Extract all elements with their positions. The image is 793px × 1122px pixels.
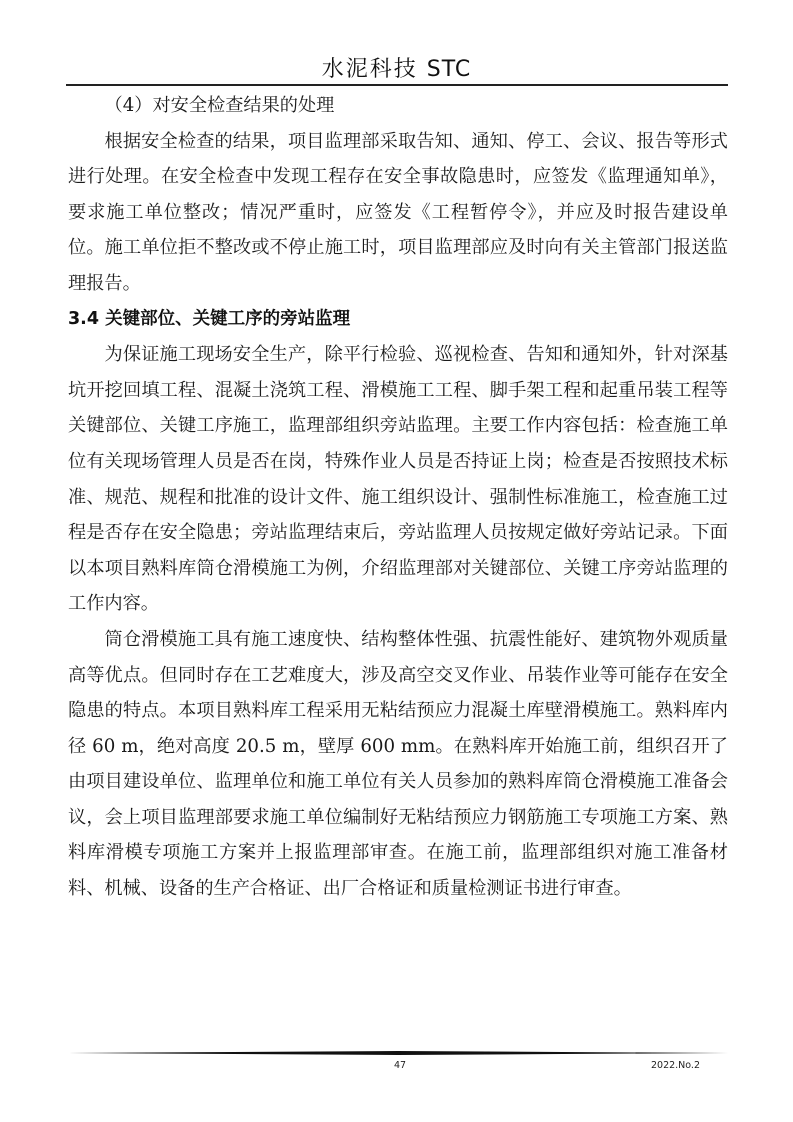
header-divider	[66, 84, 728, 86]
paragraph-safety-inspection-handling: 根据安全检查的结果，项目监理部采取告知、通知、停工、会议、报告等形式进行处理。在…	[68, 124, 728, 302]
article-body: （4）对安全检查结果的处理 根据安全检查的结果，项目监理部采取告知、通知、停工、…	[68, 88, 728, 907]
paragraph-silo-slipform: 筒仓滑模施工具有施工速度快、结构整体性强、抗震性能好、建筑物外观质量高等优点。但…	[68, 622, 728, 907]
issue-label: 2022.No.2	[620, 1060, 700, 1071]
section-heading: 3.4 关键部位、关键工序的旁站监理	[68, 302, 728, 338]
paragraph-side-station-supervision: 为保证施工现场安全生产，除平行检验、巡视检查、告知和通知外，针对深基坑开挖回填工…	[68, 337, 728, 622]
subsection-title: （4）对安全检查结果的处理	[68, 88, 728, 124]
journal-title-en: STC	[427, 57, 471, 82]
page-number: 47	[385, 1060, 415, 1071]
journal-title-cn: 水泥科技	[322, 57, 418, 82]
footer-divider	[68, 1051, 728, 1055]
journal-header: 水泥科技 STC	[0, 52, 793, 83]
